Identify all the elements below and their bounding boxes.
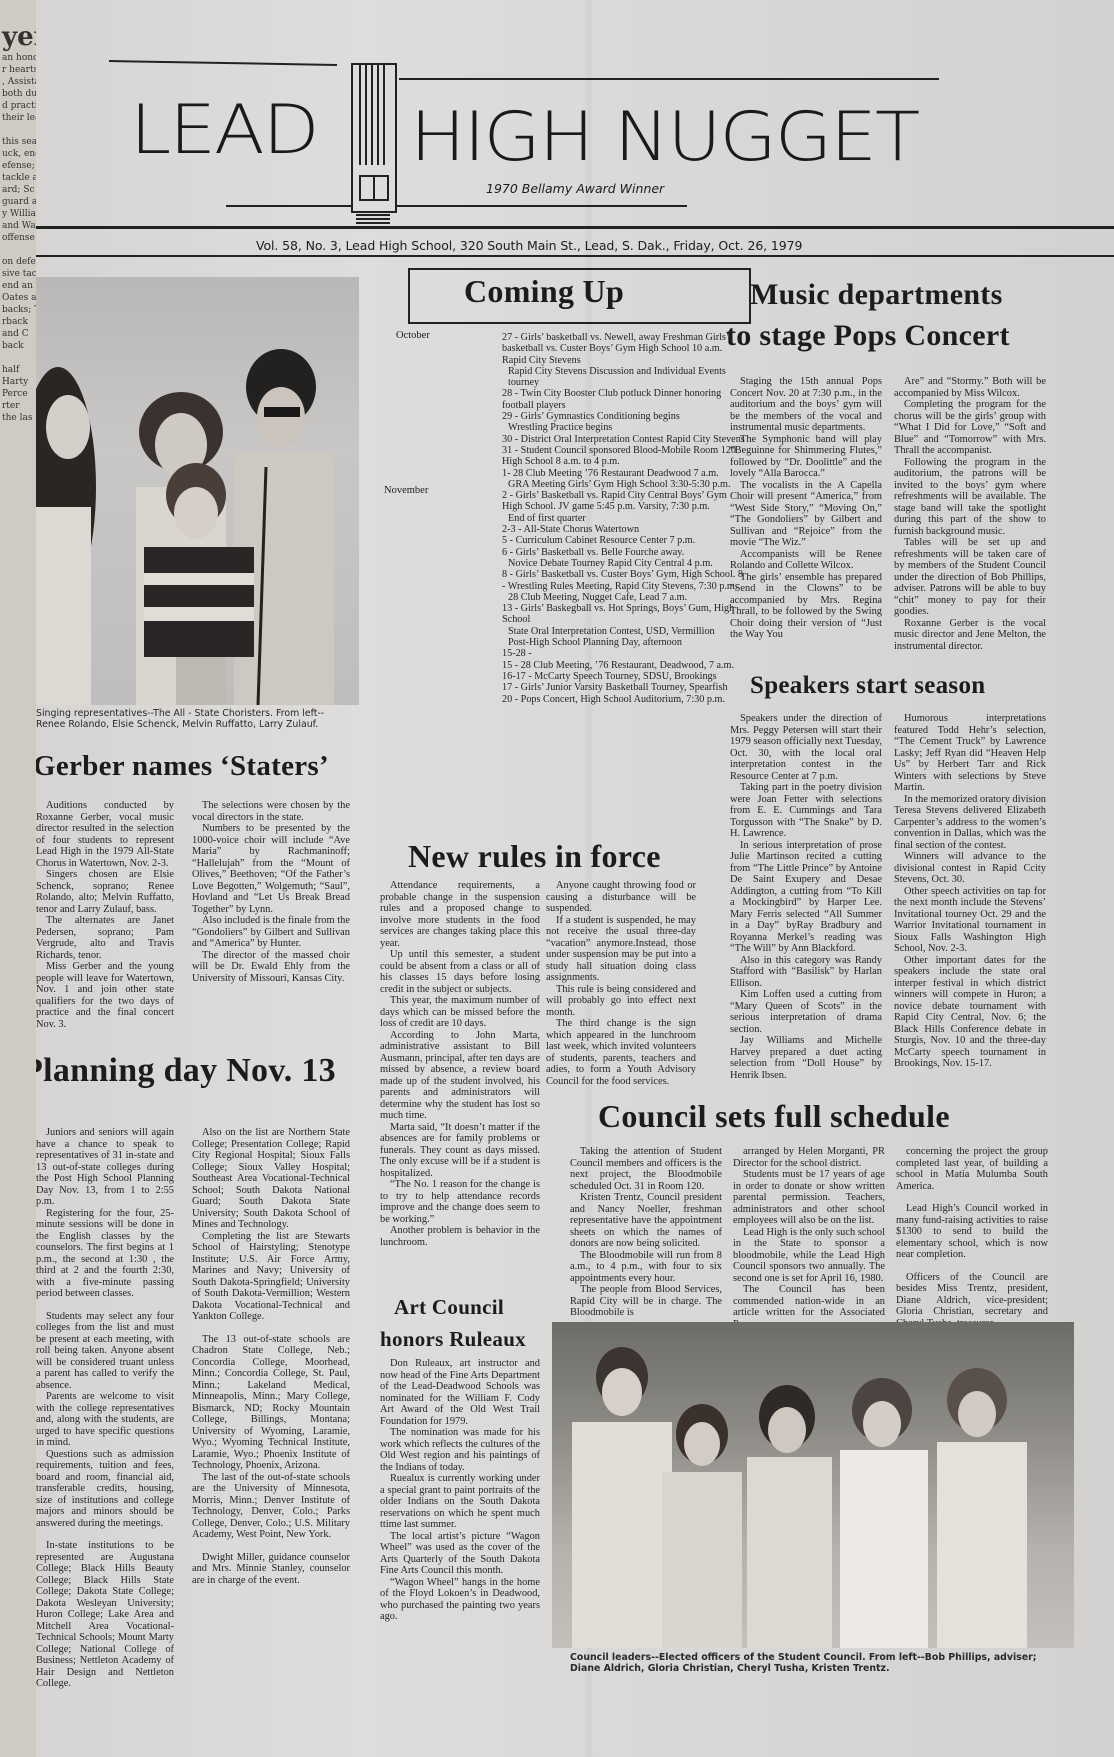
previous-page-line: , Assistan [2, 76, 38, 88]
previous-page-line: Perce [2, 388, 38, 400]
article-paragraph: In the memorized oratory division Teresa… [894, 794, 1046, 852]
article-paragraph: Humorous interpretations featured Todd H… [894, 713, 1046, 794]
event-item: 13 - Girls’ Baskegball vs. Hot Springs, … [502, 603, 748, 626]
article-paragraph: Students may select any four colleges fr… [36, 1311, 174, 1392]
event-item: Rapid City Stevens Discussion and Indivi… [502, 366, 748, 389]
previous-page-line: uck, end [2, 148, 38, 160]
event-item: GRA Meeting Girls’ Gym High School 3:30-… [502, 479, 748, 490]
article-paragraph: The Bloodmobile will run from 8 a.m., to… [570, 1250, 722, 1285]
previous-page-line: ard; Sc [2, 184, 38, 196]
article-paragraph: This year, the maximum number of days wh… [380, 995, 540, 1030]
previous-page-line: r hearts o [2, 64, 38, 76]
music-article-col1: Staging the 15th annual Pops Concert Nov… [730, 376, 882, 641]
event-item: 16-17 - McCarty Speech Tourney, SDSU, Br… [502, 671, 748, 682]
previous-page-line: this seaso [2, 136, 38, 148]
article-paragraph: In-state institutions to be represented … [36, 1540, 174, 1690]
article-paragraph: Singers chosen are Elsie Schenck, sopran… [36, 869, 174, 915]
previous-page-line: an hono [2, 52, 38, 64]
article-paragraph: The people from Blood Services, Rapid Ci… [570, 1284, 722, 1319]
art-council-headline-line2: honors Ruleaux [380, 1327, 526, 1352]
events-list: 27 - Girls’ basketball vs. Newell, away … [502, 332, 748, 705]
previous-page-line: and Way [2, 220, 38, 232]
gerber-article-col1: Auditions conducted by Roxanne Gerber, v… [36, 800, 174, 1030]
article-paragraph: Taking the attention of Student Council … [570, 1146, 722, 1192]
article-paragraph: Tables will be set up and refreshments w… [894, 537, 1046, 618]
event-item: Post-High School Planning Day, afternoon [502, 637, 748, 648]
previous-page-headline: yers [2, 22, 38, 52]
article-paragraph: The director of the massed choir will be… [192, 950, 350, 985]
article-paragraph: arranged by Helen Morganti, PR Director … [733, 1146, 885, 1169]
choristers-photo [36, 277, 359, 705]
event-item: 20 - Pops Concert, High School Auditoriu… [502, 694, 748, 705]
award-tagline: 1970 Bellamy Award Winner [486, 181, 664, 196]
previous-page-line: d practice [2, 100, 38, 112]
masthead-title-high-nugget: HIGH NUGGET [410, 103, 918, 171]
event-item: Novice Debate Tourney Rapid City Central… [502, 558, 748, 569]
music-headline-line1: Music departments [750, 278, 1003, 312]
previous-page-line: the las [2, 412, 38, 424]
month-label-november: November [384, 485, 428, 496]
article-paragraph: Lead High’s Council worked in many fund-… [896, 1203, 1048, 1261]
previous-page-text: an honor hearts o, Assistanboth durid pr… [2, 52, 38, 424]
article-paragraph: Juniors and seniors will again have a ch… [36, 1127, 174, 1208]
article-paragraph: Ruealux is currently working under a spe… [380, 1473, 540, 1531]
previous-page-line [2, 352, 38, 364]
newspaper-page: LEAD HIGH NUGGET 1970 Bellamy Award Winn… [36, 0, 1114, 1757]
article-paragraph: Up until this semester, a student could … [380, 949, 540, 995]
previous-page-line: both duri [2, 88, 38, 100]
event-item: 5 - Curriculum Cabinet Resource Center 7… [502, 535, 748, 546]
council-article-col1: Taking the attention of Student Council … [570, 1146, 722, 1319]
article-paragraph: “Wagon Wheel” hangs in the home of the F… [380, 1577, 540, 1623]
article-paragraph: The nomination was made for his work whi… [380, 1427, 540, 1473]
planning-article-col2: Also on the list are Northern State Coll… [192, 1127, 350, 1586]
speakers-headline: Speakers start season [750, 672, 985, 700]
article-paragraph: Numbers to be presented by the 1000-voic… [192, 823, 350, 915]
article-paragraph: Winners will advance to the divisional c… [894, 851, 1046, 886]
previous-page-line: y William [2, 208, 38, 220]
article-paragraph: Completing the list are Stewarts School … [192, 1231, 350, 1323]
article-paragraph: The Symphonic band will play “Beguinne f… [730, 434, 882, 480]
event-item: End of first quarter [502, 513, 748, 524]
article-paragraph: Lead High is the only such school in the… [733, 1227, 885, 1285]
planning-article-col1: Juniors and seniors will again have a ch… [36, 1127, 174, 1690]
masthead-title-lead: LEAD [130, 96, 318, 164]
music-article-col2: Are” and “Stormy.” Both will be accompan… [894, 376, 1046, 652]
event-item: 1- 28 Club Meeting ’76 Restaurant Deadwo… [502, 468, 748, 479]
issue-info-line: Vol. 58, No. 3, Lead High School, 320 So… [256, 238, 802, 253]
previous-page-line: Oates a [2, 292, 38, 304]
council-leaders-photo [552, 1322, 1074, 1648]
council-headline: Council sets full schedule [598, 1098, 950, 1135]
article-paragraph: Registering for the four, 25-minute sess… [36, 1208, 174, 1300]
article-paragraph: Students must be 17 years of age in orde… [733, 1169, 885, 1227]
article-paragraph: Officers of the Council are besides Miss… [896, 1272, 1048, 1330]
article-paragraph: The third change is the sign which appea… [546, 1018, 696, 1087]
choristers-photo-caption: Singing representatives--The All - State… [36, 708, 366, 730]
speakers-article-col1: Speakers under the direction of Mrs. Peg… [730, 713, 882, 1081]
event-item: 2 - Girls’ Basketball vs. Rapid City Cen… [502, 490, 748, 513]
article-paragraph: Are” and “Stormy.” Both will be accompan… [894, 376, 1046, 399]
new-rules-headline: New rules in force [408, 838, 661, 875]
previous-page-line: their lea [2, 112, 38, 124]
article-paragraph: This rule is being considered and will p… [546, 984, 696, 1019]
article-paragraph: The local artist’s picture “Wagon Wheel”… [380, 1531, 540, 1577]
previous-page-line: and C [2, 328, 38, 340]
music-headline-line2: to stage Pops Concert [726, 319, 1010, 353]
article-paragraph: “The No. 1 reason for the change is to t… [380, 1179, 540, 1225]
event-item: 15-28 - [502, 648, 748, 659]
article-paragraph: Other speech activities on tap for the n… [894, 886, 1046, 955]
new-rules-article-col1: Attendance requirements, a probable chan… [380, 880, 540, 1248]
article-paragraph: Attendance requirements, a probable chan… [380, 880, 540, 949]
article-paragraph: Don Ruleaux, art instructor and now head… [380, 1358, 540, 1427]
previous-page-line: offense an [2, 232, 38, 244]
gerber-headline: Gerber names ‘Staters’ [36, 750, 329, 783]
article-paragraph: The selections were chosen by the vocal … [192, 800, 350, 823]
article-paragraph: In serious interpretation of prose Julie… [730, 840, 882, 955]
previous-page-line: back [2, 340, 38, 352]
article-paragraph: Other important dates for the speakers i… [894, 955, 1046, 1070]
november-events: 1- 28 Club Meeting ’76 Restaurant Deadwo… [502, 468, 748, 705]
masthead-rule [399, 78, 939, 80]
event-item: State Oral Interpretation Contest, USD, … [502, 626, 748, 637]
article-paragraph: Staging the 15th annual Pops Concert Nov… [730, 376, 882, 434]
article-paragraph: Also included is the finale from the “Go… [192, 915, 350, 950]
event-item: 6 - Girls’ Basketball vs. Belle Fourche … [502, 547, 748, 558]
previous-page-line [2, 244, 38, 256]
previous-page-line: rback [2, 316, 38, 328]
masthead-rule [397, 205, 687, 207]
previous-page-line: Harty [2, 376, 38, 388]
speakers-article-col2: Humorous interpretations featured Todd H… [894, 713, 1046, 1070]
article-paragraph: Jay Williams and Michelle Harvey prepare… [730, 1035, 882, 1081]
previous-page-line: guard an [2, 196, 38, 208]
article-paragraph: Also on the list are Northern State Coll… [192, 1127, 350, 1231]
issue-rule [36, 255, 1114, 257]
article-paragraph: Parents are welcome to visit with the co… [36, 1391, 174, 1449]
article-paragraph: Marta said, “It doesn’t matter if the ab… [380, 1122, 540, 1180]
headframe-logo-icon [351, 63, 397, 213]
masthead-rule [226, 205, 352, 207]
council-article-col2: arranged by Helen Morganti, PR Director … [733, 1146, 885, 1330]
article-paragraph: According to John Marta, administrative … [380, 1030, 540, 1122]
article-paragraph: Miss Gerber and the young people will le… [36, 961, 174, 1030]
article-paragraph: Another problem is behavior in the lunch… [380, 1225, 540, 1248]
art-council-headline-line1: Art Council [394, 1295, 504, 1320]
article-paragraph: The 13 out-of-state schools are Chadron … [192, 1334, 350, 1472]
previous-page-edge: yers an honor hearts o, Assistanboth dur… [0, 0, 40, 1757]
article-paragraph: Taking part in the poetry division were … [730, 782, 882, 840]
event-item: Rapid City Stevens [502, 355, 748, 366]
article-paragraph: Accompanists will be Renee Rolando and C… [730, 549, 882, 572]
event-item: 28 Club Meeting, Nugget Cafe, Lead 7 a.m… [502, 592, 748, 603]
article-paragraph: Kristen Trentz, Council president and Na… [570, 1192, 722, 1250]
event-item: 8 - Girls’ Basketball vs. Custer Boys’ G… [502, 569, 748, 592]
article-paragraph: The last of the out-of-state schools are… [192, 1472, 350, 1541]
article-paragraph: Speakers under the direction of Mrs. Peg… [730, 713, 882, 782]
council-article-col3: concerning the project the group complet… [896, 1146, 1048, 1329]
art-council-article: Don Ruleaux, art instructor and now head… [380, 1358, 540, 1623]
event-item: Wrestling Practice begins [502, 422, 748, 433]
event-item: 15 - 28 Club Meeting, ’76 Restaurant, De… [502, 660, 748, 671]
coming-up-headline: Coming Up [464, 273, 624, 310]
previous-page-line: rter [2, 400, 38, 412]
masthead-bottom-rule [36, 226, 1114, 229]
event-item: 30 - District Oral Interpretation Contes… [502, 434, 748, 445]
article-paragraph: The alternates are Janet Pedersen, sopra… [36, 915, 174, 961]
council-leaders-caption: Council leaders--Elected officers of the… [570, 1652, 1090, 1674]
previous-page-line [2, 124, 38, 136]
event-item: 17 - Girls’ Junior Varsity Basketball To… [502, 682, 748, 693]
previous-page-line: half [2, 364, 38, 376]
article-paragraph: Following the program in the auditorium,… [894, 457, 1046, 538]
event-item: 2-3 - All-State Chorus Watertown [502, 524, 748, 535]
event-item: 29 - Girls’ Gymnastics Conditioning begi… [502, 411, 748, 422]
article-paragraph: The vocalists in the A Capella Choir wil… [730, 480, 882, 549]
new-rules-article-col2: Anyone caught throwing food or causing a… [546, 880, 696, 1087]
event-item: 27 - Girls’ basketball vs. Newell, away … [502, 332, 748, 355]
choristers-photo-image [36, 277, 359, 705]
gerber-article-col2: The selections were chosen by the vocal … [192, 800, 350, 984]
previous-page-line: backs; T [2, 304, 38, 316]
article-paragraph: Also in this category was Randy Stafford… [730, 955, 882, 990]
article-paragraph: The girls’ ensemble has prepared “Send i… [730, 572, 882, 641]
planning-day-headline: Planning day Nov. 13 [36, 1052, 336, 1090]
october-events: 27 - Girls’ basketball vs. Newell, away … [502, 332, 748, 468]
article-paragraph: concerning the project the group complet… [896, 1146, 1048, 1192]
article-paragraph: Auditions conducted by Roxanne Gerber, v… [36, 800, 174, 869]
article-paragraph: Kim Loffen used a cutting from “Mary Que… [730, 989, 882, 1035]
event-item: 28 - Twin City Booster Club potluck Dinn… [502, 388, 748, 411]
previous-page-line: efense; Ka [2, 160, 38, 172]
article-paragraph: Questions such as admission requirements… [36, 1449, 174, 1530]
article-paragraph: Dwight Miller, guidance counselor and Mr… [192, 1552, 350, 1587]
previous-page-line: sive tackl [2, 268, 38, 280]
council-leaders-photo-image [552, 1322, 1074, 1648]
month-label-october: October [396, 330, 430, 341]
event-item: 31 - Student Council sponsored Blood-Mob… [502, 445, 748, 468]
previous-page-line: on defen [2, 256, 38, 268]
article-paragraph: Completing the program for the chorus wi… [894, 399, 1046, 457]
article-paragraph: Roxanne Gerber is the vocal music direct… [894, 618, 1046, 653]
article-paragraph: If a student is suspended, he may not re… [546, 915, 696, 984]
article-paragraph: Anyone caught throwing food or causing a… [546, 880, 696, 915]
previous-page-line: tackle an [2, 172, 38, 184]
masthead-rule [109, 60, 337, 66]
previous-page-line: end an [2, 280, 38, 292]
